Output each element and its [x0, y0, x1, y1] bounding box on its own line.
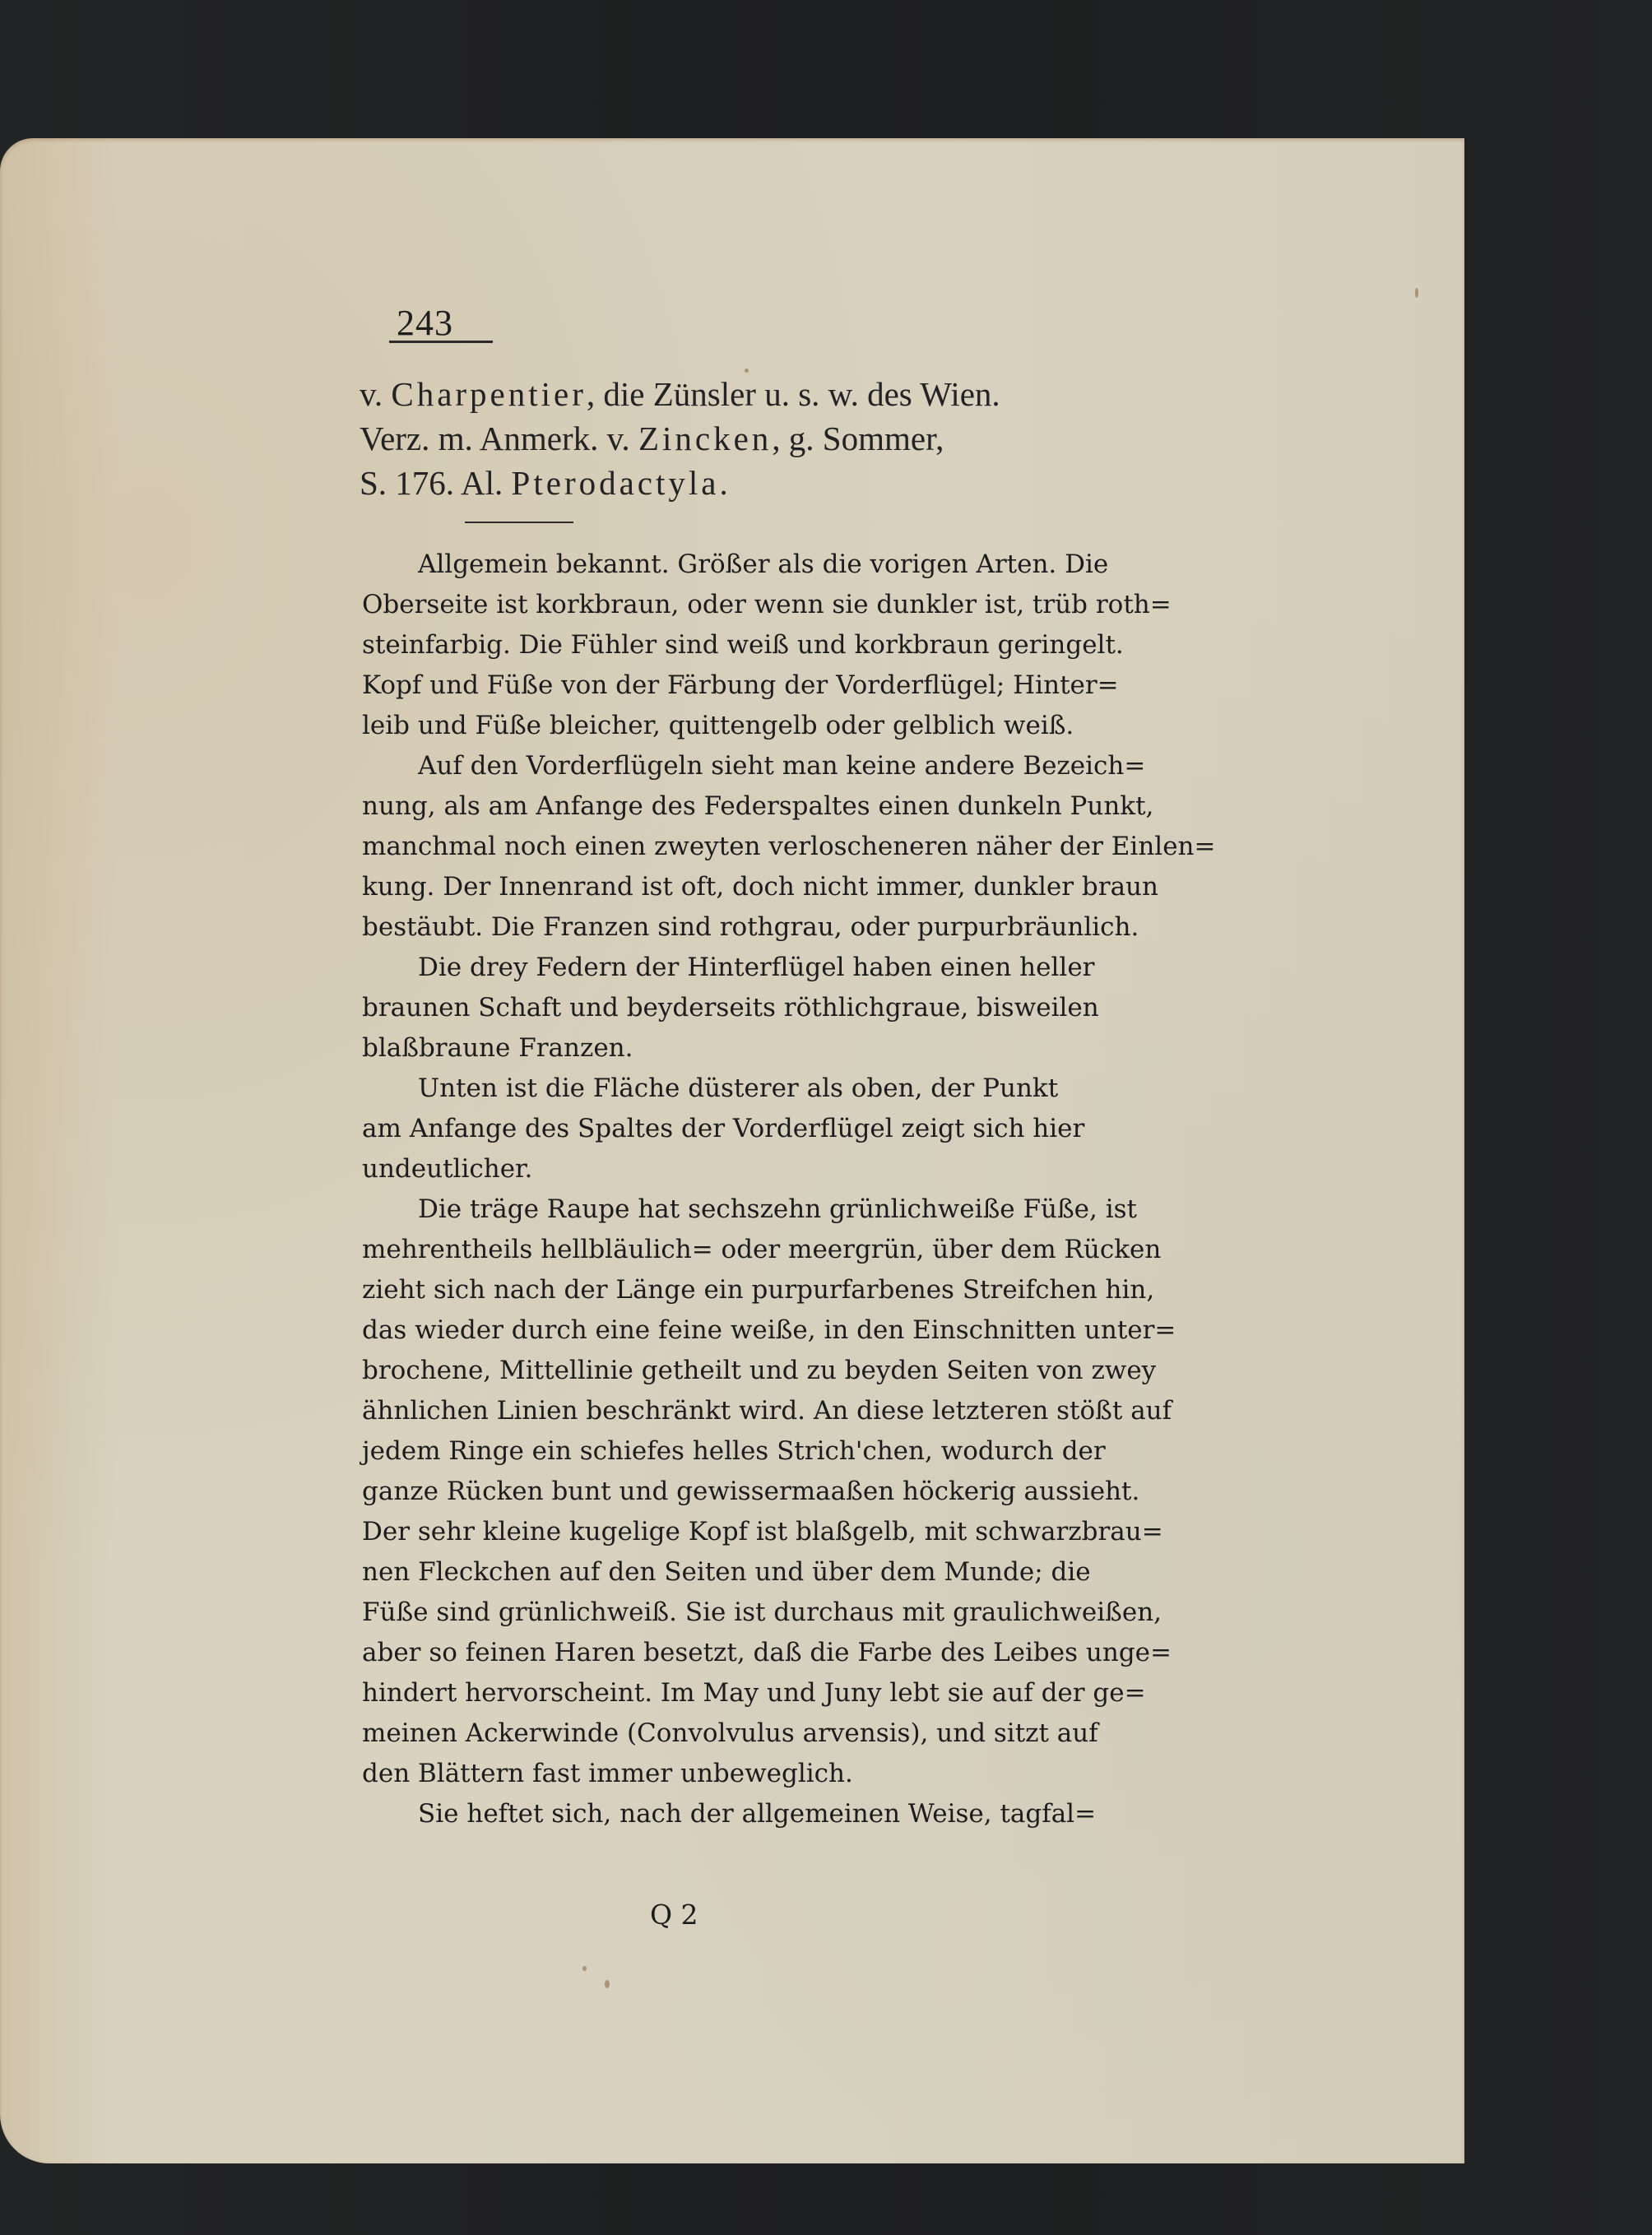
- citation-text: .: [719, 464, 727, 502]
- text-line: Oberseite ist korkbraun, oder wenn sie d…: [362, 585, 885, 625]
- citation-line: S. 176. Al. Pterodactyla.: [360, 461, 919, 505]
- text-line: steinfarbig. Die Fühler sind weiß und ko…: [362, 625, 885, 665]
- text-line: Allgemein bekannt. Größer als die vorige…: [362, 545, 885, 585]
- section-rule: [465, 522, 573, 523]
- citation-prefix: Verz. m. Anmerk. v.: [360, 420, 638, 457]
- text-line: undeutlicher.: [362, 1149, 885, 1189]
- paper-speck: [745, 369, 749, 373]
- text-line: ähnlichen Linien beschränkt wird. An die…: [362, 1391, 885, 1431]
- author-name: Charpentier: [391, 375, 587, 413]
- text-line: das wieder durch eine feine weiße, in de…: [362, 1310, 885, 1351]
- text-line: nen Fleckchen auf den Seiten und über de…: [362, 1552, 885, 1593]
- text-line: meinen Ackerwinde (Convolvulus arvensis)…: [362, 1713, 885, 1754]
- text-line: leib und Füße bleicher, quittengelb oder…: [362, 706, 885, 746]
- paper-speck: [582, 1966, 587, 1971]
- paper-speck: [605, 1980, 610, 1988]
- text-line: ganze Rücken bunt und gewissermaaßen höc…: [362, 1472, 885, 1512]
- text-line: Kopf und Füße von der Färbung der Vorder…: [362, 665, 885, 706]
- citation-text: , die Zünsler u. s. w. des Wien.: [587, 375, 1000, 413]
- citation-block: v. Charpentier, die Zünsler u. s. w. des…: [360, 372, 919, 505]
- text-line: kung. Der Innenrand ist oft, doch nicht …: [362, 867, 885, 907]
- signature-mark: Q 2: [650, 1899, 698, 1931]
- paper-speck: [1415, 288, 1418, 298]
- text-line: Füße sind grünlichweiß. Sie ist durchaus…: [362, 1593, 885, 1633]
- text-line: blaßbraune Franzen.: [362, 1028, 885, 1069]
- text-line: Auf den Vorderflügeln sieht man keine an…: [362, 746, 885, 786]
- author-name: Zincken: [638, 420, 772, 457]
- citation-prefix: S. 176. Al.: [360, 464, 512, 502]
- citation-line: v. Charpentier, die Zünsler u. s. w. des…: [360, 372, 919, 416]
- text-line: Die drey Federn der Hinterflügel haben e…: [362, 948, 885, 988]
- citation-text: , g. Sommer,: [772, 420, 944, 457]
- text-line: jedem Ringe ein schiefes helles Strich'c…: [362, 1431, 885, 1472]
- species-name: Pterodactyla: [512, 464, 720, 502]
- citation-line: Verz. m. Anmerk. v. Zincken, g. Sommer,: [360, 416, 919, 461]
- text-line: am Anfange des Spaltes der Vorderflügel …: [362, 1109, 885, 1149]
- text-line: bestäubt. Die Franzen sind rothgrau, ode…: [362, 907, 885, 948]
- text-line: nung, als am Anfange des Federspaltes ei…: [362, 786, 885, 827]
- body-text: Allgemein bekannt. Größer als die vorige…: [362, 545, 885, 1834]
- text-line: hindert hervorscheint. Im May und Juny l…: [362, 1673, 885, 1713]
- text-line: Sie heftet sich, nach der allgemeinen We…: [362, 1794, 885, 1834]
- header-rule: [389, 341, 493, 343]
- text-line: Die träge Raupe hat sechszehn grünlichwe…: [362, 1189, 885, 1230]
- text-line: Unten ist die Fläche düsterer als oben, …: [362, 1069, 885, 1109]
- page-number: 243: [397, 302, 453, 344]
- text-line: mehrentheils hellbläulich= oder meergrün…: [362, 1230, 885, 1270]
- text-line: brochene, Mittellinie getheilt und zu be…: [362, 1351, 885, 1391]
- text-line: braunen Schaft und beyderseits röthlichg…: [362, 988, 885, 1028]
- text-line: den Blättern fast immer unbeweglich.: [362, 1754, 885, 1794]
- text-line: aber so feinen Haren besetzt, daß die Fa…: [362, 1633, 885, 1673]
- text-line: manchmal noch einen zweyten verloschener…: [362, 827, 885, 867]
- text-line: Der sehr kleine kugelige Kopf ist blaßge…: [362, 1512, 885, 1552]
- citation-prefix: v.: [360, 375, 391, 413]
- text-line: zieht sich nach der Länge ein purpurfarb…: [362, 1270, 885, 1310]
